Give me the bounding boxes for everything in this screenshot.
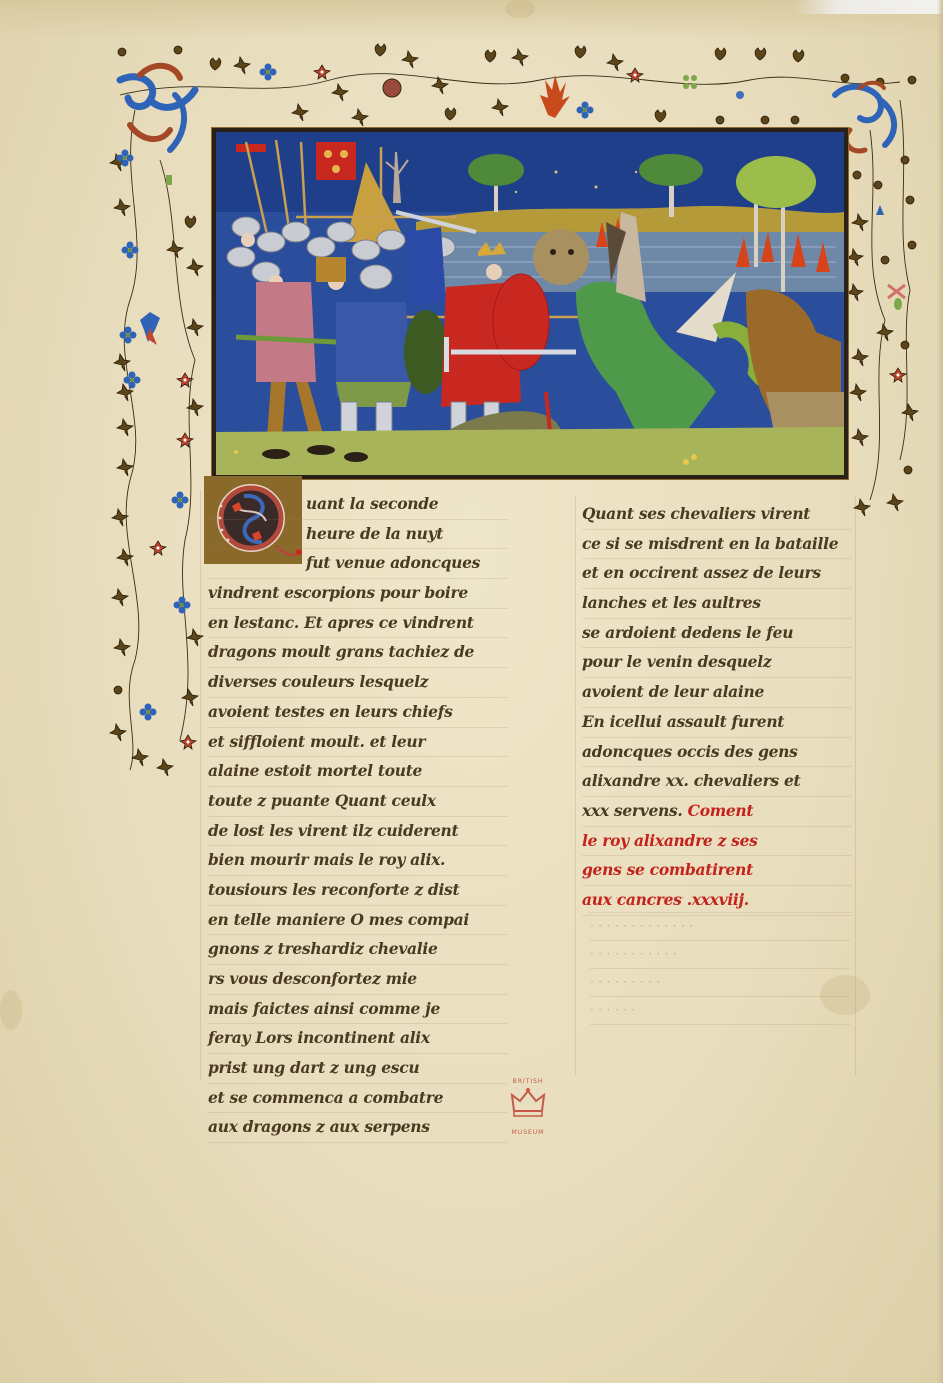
text-line: et se commenca a combatre [208, 1084, 508, 1114]
text-line: gnons z treshardiz chevalie [208, 935, 508, 965]
text-line: en telle maniere O mes compai [208, 906, 508, 936]
library-stamp: BRITISH MUSEUM [496, 1078, 560, 1138]
text-line: avoient testes en leurs chiefs [208, 698, 508, 728]
stamp-bottom-text: MUSEUM [496, 1129, 560, 1136]
faded-line: · · · · · · · · · · · [590, 941, 850, 969]
text-line: prist ung dart z ung escu [208, 1054, 508, 1084]
text-line: se ardoient dedens le feu [582, 619, 852, 649]
text-line-with-rubric: xxx servens. Coment [582, 797, 852, 827]
text-line: tousiours les reconforte z dist [208, 876, 508, 906]
rubric-line: gens se combatirent [582, 856, 852, 886]
text-line: mais faictes ainsi comme je [208, 995, 508, 1025]
crown-icon [508, 1085, 548, 1119]
miniature-painting [212, 128, 848, 479]
text-line: Quant ses chevaliers virent [582, 500, 852, 530]
text-segment: xxx servens. [582, 801, 683, 820]
rubric-line: le roy alixandre z ses [582, 827, 852, 857]
text-line: avoient de leur alaine [582, 678, 852, 708]
text-line: bien mourir mais le roy alix. [208, 846, 508, 876]
text-line: diverses couleurs lesquelz [208, 668, 508, 698]
text-line: ce si se misdrent en la bataille [582, 530, 852, 560]
text-line: en lestanc. Et apres ce vindrent [208, 609, 508, 639]
faded-line: · · · · · · · · · · · · · [590, 913, 850, 941]
text-line: En icellui assault furent [582, 708, 852, 738]
text-line: heure de la nuyt [208, 520, 508, 550]
faded-offset-text: · · · · · · · · · · · · · · · · · · · · … [590, 885, 850, 1025]
text-line: de lost les virent ilz cuiderent [208, 817, 508, 847]
ruling-line [200, 490, 201, 1080]
battle-scene-illustration [216, 132, 844, 475]
rubric-heading-start: Coment [688, 801, 754, 820]
stamp-top-text: BRITISH [496, 1078, 560, 1085]
text-line: uant la seconde [208, 490, 508, 520]
text-line: feray Lors incontinent alix [208, 1024, 508, 1054]
ruling-line [575, 495, 576, 1075]
text-line: aux dragons z aux serpens [208, 1113, 508, 1143]
text-line: et siffloient moult. et leur [208, 728, 508, 758]
faded-line: · · · · · · · · · [590, 969, 850, 997]
text-line: rs vous desconfortez mie [208, 965, 508, 995]
text-line: vindrent escorpions pour boire [208, 579, 508, 609]
text-line: lanches et les aultres [582, 589, 852, 619]
faded-line: · · · · · · · · · · · · [590, 885, 850, 913]
text-column-left: uant la seconde heure de la nuyt fut ven… [208, 490, 508, 1143]
faded-line: · · · · · · [590, 997, 850, 1025]
manuscript-page: uant la seconde heure de la nuyt fut ven… [0, 0, 943, 1383]
text-line: adoncques occis des gens [582, 738, 852, 768]
text-line: alaine estoit mortel toute [208, 757, 508, 787]
text-line: et en occirent assez de leurs [582, 559, 852, 589]
text-column-right: Quant ses chevaliers virent ce si se mis… [582, 500, 852, 916]
text-line: toute z puante Quant ceulx [208, 787, 508, 817]
text-line: fut venue adoncques [208, 549, 508, 579]
text-line: pour le venin desquelz [582, 648, 852, 678]
text-line: alixandre xx. chevaliers et [582, 767, 852, 797]
text-line: dragons moult grans tachiez de [208, 638, 508, 668]
ruling-line [855, 495, 856, 1075]
